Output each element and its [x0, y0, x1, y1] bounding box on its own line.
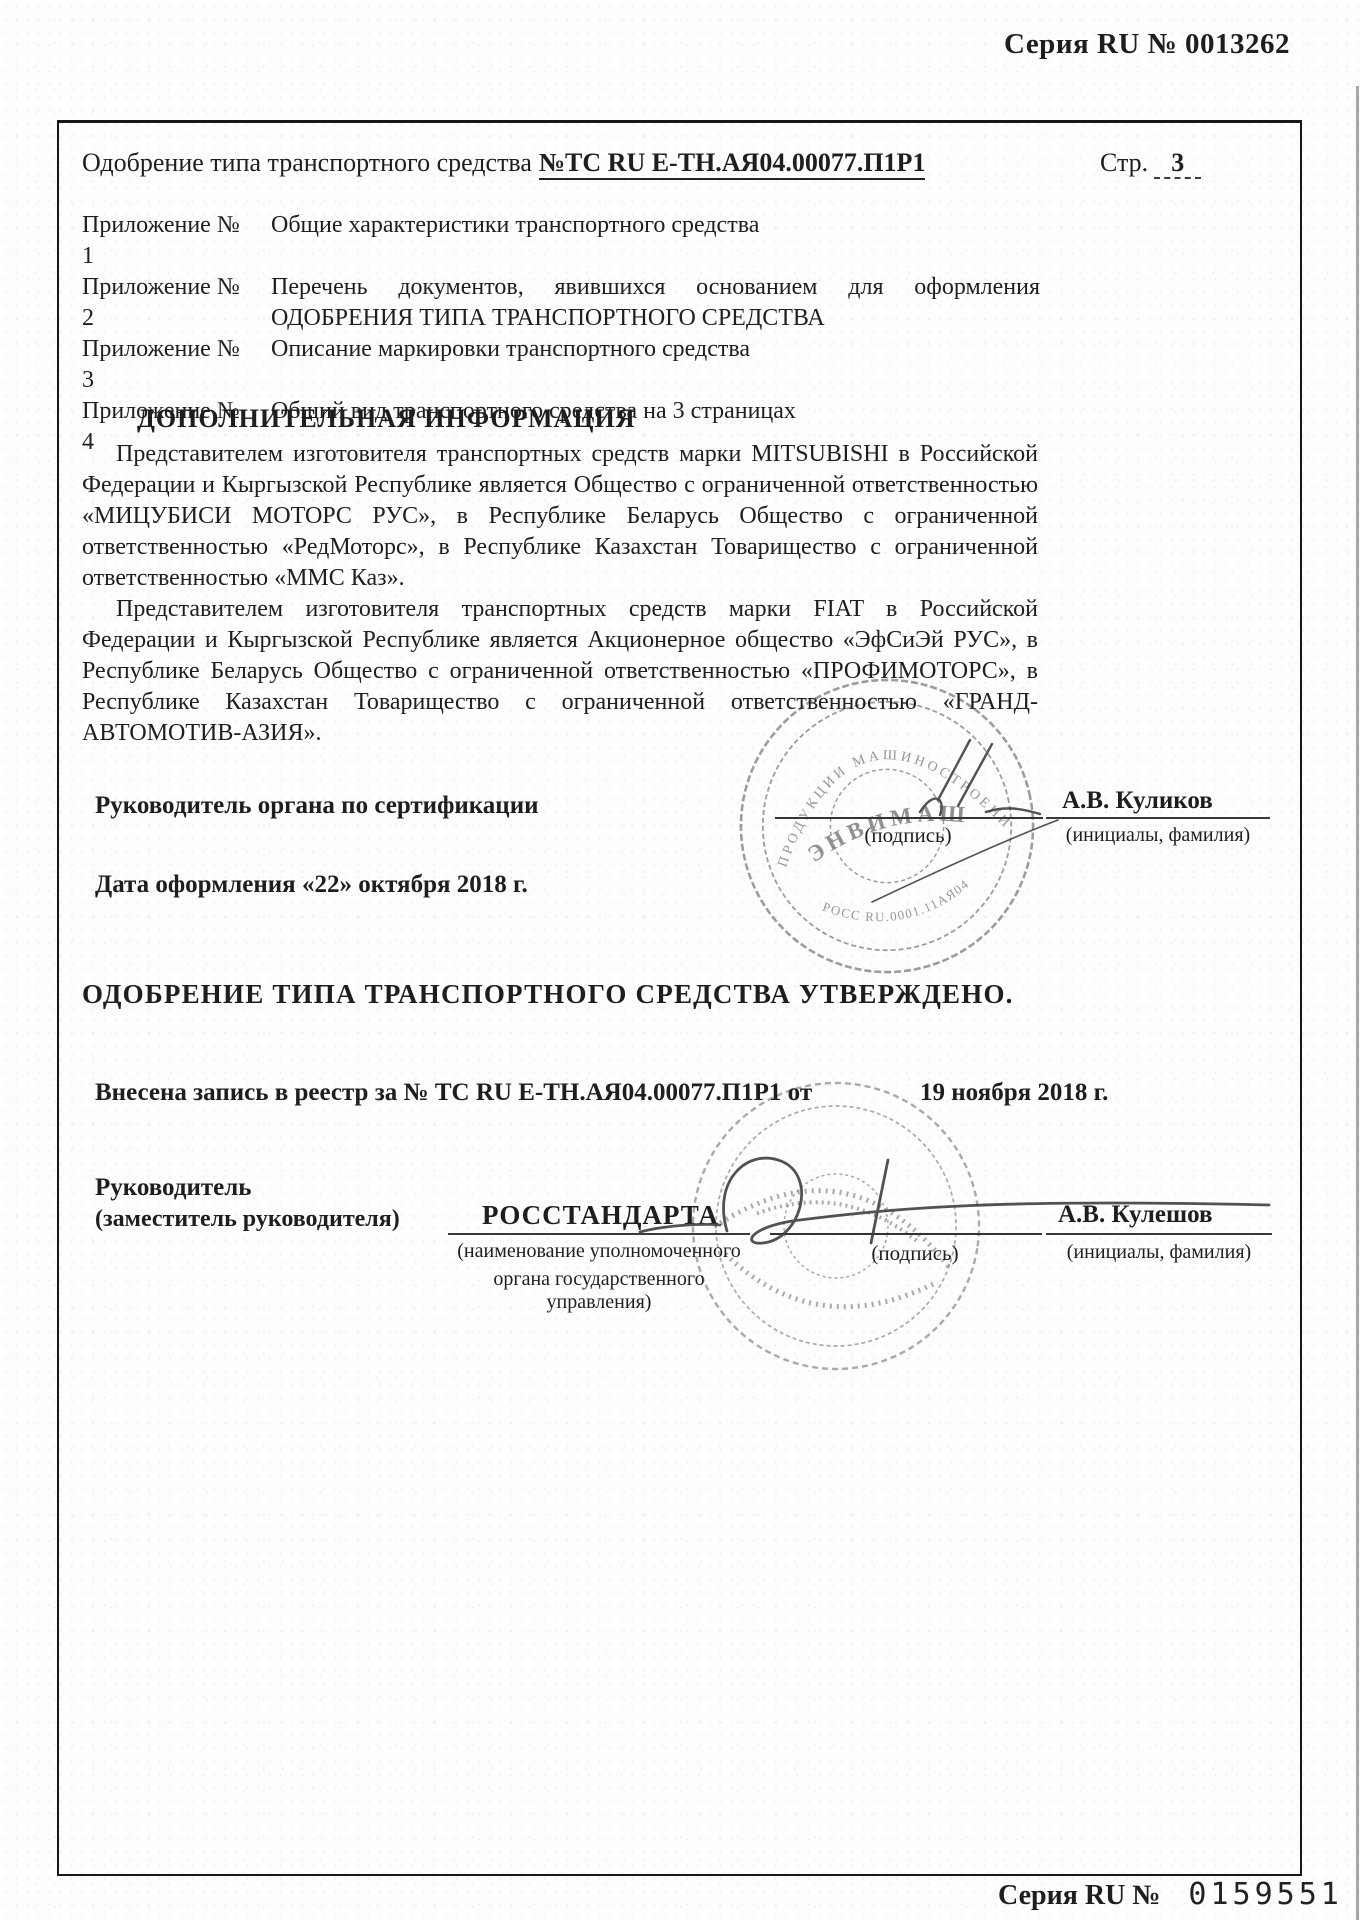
svg-text:РОСС RU.0001.11АЯ04: РОСС RU.0001.11АЯ04	[818, 866, 976, 940]
serial-bottom-value: 0159551	[1188, 1877, 1342, 1912]
org-caption-line-2: органа государственного управления)	[440, 1268, 758, 1314]
page-label: Стр.	[1100, 148, 1148, 177]
scanned-document-page: Серия RU № 0013262 Одобрение типа трансп…	[0, 0, 1360, 1920]
page-number-block: Стр.3	[1100, 148, 1201, 178]
annex-1-label: Приложение № 1	[82, 210, 257, 272]
scan-edge-artifact	[1356, 86, 1359, 1920]
info-paragraph-mitsubishi: Представителем изготовителя транспортных…	[82, 439, 1038, 594]
annex-2-text: Перечень документов, явившихся основание…	[271, 272, 1040, 334]
approval-statement: ОДОБРЕНИЕ ТИПА ТРАНСПОРТНОГО СРЕДСТВА УТ…	[82, 979, 1014, 1010]
annex-3-text: Описание маркировки транспортного средст…	[271, 334, 1040, 396]
signature-line-1	[775, 817, 1043, 819]
stamp-number-text: РОСС RU.0001.11АЯ04	[818, 866, 976, 940]
approval-head-name: А.В. Кулешов	[1058, 1201, 1212, 1229]
org-caption-line-1: (наименование уполномоченного	[448, 1240, 750, 1263]
name-caption-1: (инициалы, фамилия)	[1046, 824, 1270, 847]
head-role-line-1: Руководитель	[95, 1174, 252, 1202]
info-paragraph-fiat: Представителем изготовителя транспортных…	[82, 594, 1038, 749]
page-number: 3	[1154, 148, 1201, 179]
document-title: Одобрение типа транспортного средства№ТС…	[82, 148, 1092, 178]
name-line-1	[1046, 817, 1270, 819]
annex-2-label: Приложение № 2	[82, 272, 257, 334]
issue-date: Дата оформления «22» октября 2018 г.	[95, 871, 528, 899]
authorized-org-name: РОССТАНДАРТА	[482, 1200, 719, 1231]
annex-3-label: Приложение № 3	[82, 334, 257, 396]
registry-entry-date: 19 ноября 2018 г.	[920, 1079, 1108, 1107]
additional-info-heading: ДОПОЛНИТЕЛЬНАЯ ИНФОРМАЦИЯ	[137, 404, 636, 434]
approval-number: №ТС RU E-TH.АЯ04.00077.П1Р1	[539, 148, 926, 180]
annex-1-text: Общие характеристики транспортного средс…	[271, 210, 1040, 272]
title-prefix: Одобрение типа транспортного средства	[82, 148, 532, 177]
serial-bottom-label: Серия RU №	[998, 1880, 1160, 1912]
name-caption-2: (инициалы, фамилия)	[1046, 1241, 1272, 1264]
signature-caption-1: (подпись)	[838, 823, 978, 848]
signature-caption-2: (подпись)	[845, 1241, 985, 1266]
serial-number-bottom: Серия RU № 0159551	[998, 1877, 1343, 1912]
org-underline	[448, 1233, 750, 1235]
certification-head-name: А.В. Куликов	[1062, 787, 1213, 815]
head-role-line-2: (заместитель руководителя)	[95, 1206, 400, 1233]
serial-number-top: Серия RU № 0013262	[1004, 28, 1290, 61]
name-line-2	[1046, 1233, 1272, 1235]
additional-info-paragraphs: Представителем изготовителя транспортных…	[82, 439, 1038, 749]
signature-line-2	[770, 1233, 1042, 1235]
certification-head-role: Руководитель органа по сертификации	[95, 792, 539, 820]
registry-entry-text: Внесена запись в реестр за № ТС RU E-TH.…	[95, 1079, 812, 1107]
